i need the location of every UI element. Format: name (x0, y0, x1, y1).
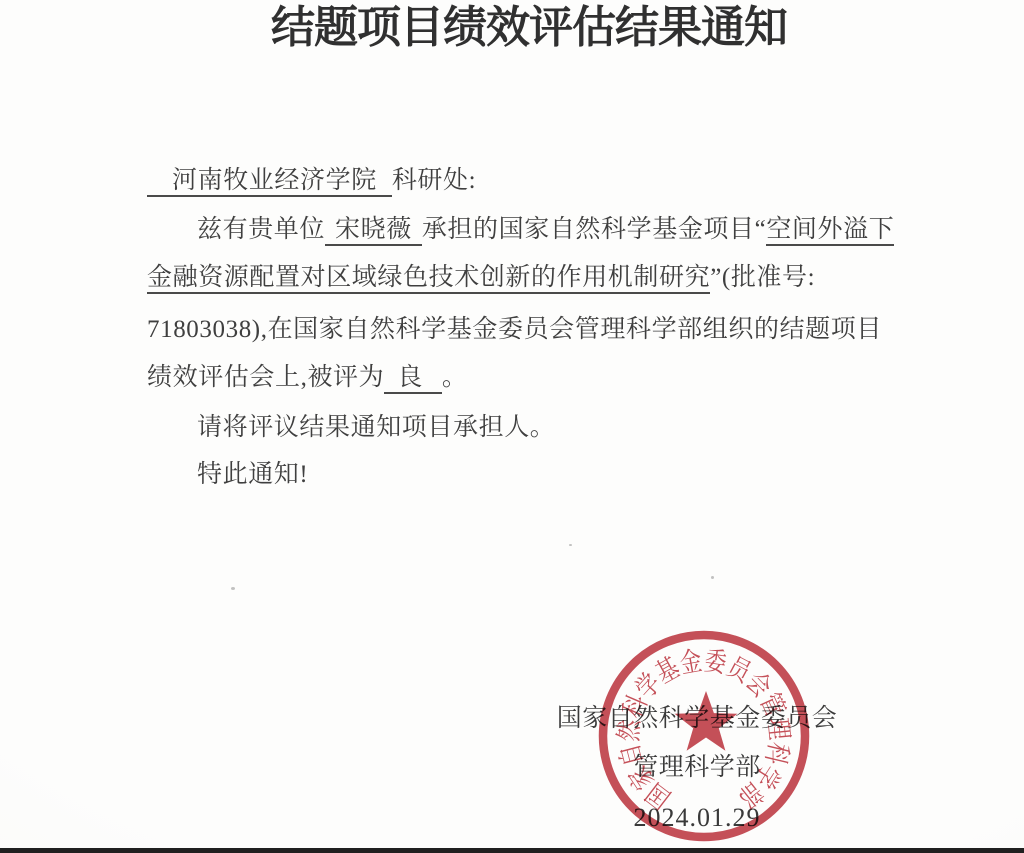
grantee-name-underlined: 宋晓薇 (325, 216, 422, 246)
salutation-line: 河南牧业经济学院科研处: (147, 166, 917, 196)
line1-pre-text: 兹有贵单位 (197, 216, 325, 243)
line4-post-text: 。 (442, 364, 468, 391)
line4-pre-text: 绩效评估会上,被评为 (147, 364, 384, 391)
body-line-5: 请将评议结果通知项目承担人。 (147, 413, 967, 443)
scanned-notice-document: 结题项目绩效评估结果通知 河南牧业经济学院科研处: 兹有贵单位宋晓薇承担的国家自… (0, 0, 1024, 853)
recipient-name-underlined: 河南牧业经济学院 (147, 167, 392, 197)
body-line-3: 71803038),在国家自然科学基金委员会管理科学部组织的结题项目 (147, 315, 917, 345)
project-title-end-underlined: 金融资源配置对区域绿色技术创新的作用机制研究 (147, 264, 710, 294)
line1-mid-text: 承担的国家自然科学基金项目“ (422, 216, 767, 243)
body-line-1: 兹有贵单位宋晓薇承担的国家自然科学基金项目“空间外溢下 (147, 215, 967, 245)
evaluation-grade-underlined: 良 (384, 364, 442, 394)
scan-speck (711, 576, 714, 579)
scan-edge-bottom (0, 848, 1024, 853)
document-title: 结题项目绩效评估结果通知 (0, 0, 1024, 58)
scan-speck (569, 544, 572, 546)
body-line-6: 特此通知! (147, 460, 967, 490)
line2-post-text: ”(批准号: (710, 264, 815, 291)
official-red-seal: 国家自然科学基金委员会管理科学部 (594, 624, 814, 844)
scan-speck (231, 587, 235, 590)
addressee-label: 科研处: (392, 167, 476, 194)
body-line-4: 绩效评估会上,被评为良。 (147, 363, 917, 393)
project-title-start-underlined: 空间外溢下 (766, 216, 894, 246)
seal-star-icon (675, 691, 738, 751)
body-line-2: 金融资源配置对区域绿色技术创新的作用机制研究”(批准号: (147, 263, 917, 293)
